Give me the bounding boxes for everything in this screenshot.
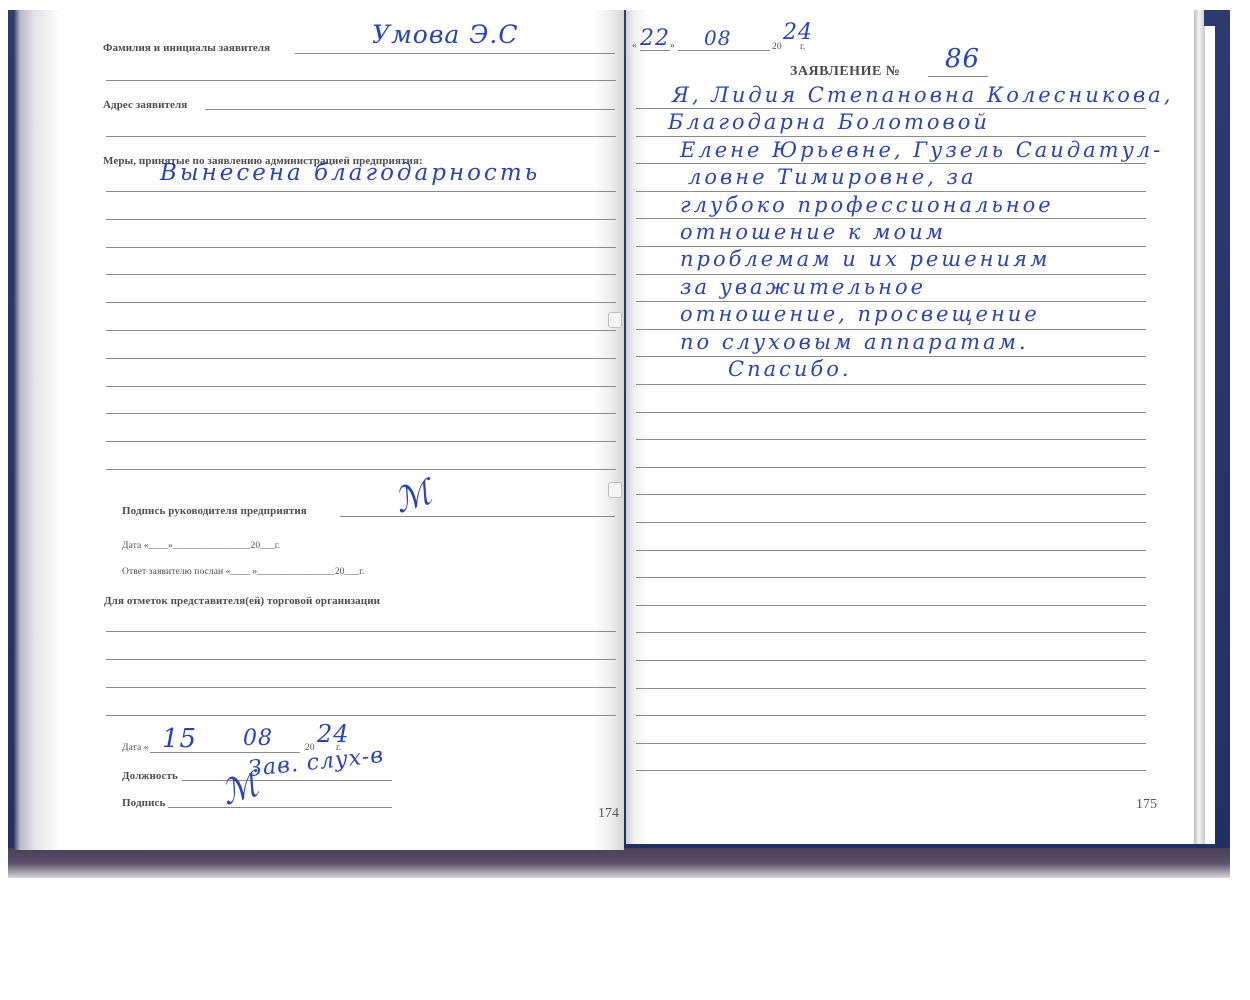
footer-date-year[interactable]: 24 [317, 720, 350, 748]
address-line-2 [106, 136, 616, 137]
statement-body-line[interactable]: Спасибо. [728, 357, 852, 381]
applicant-name-line [295, 53, 615, 54]
statement-body-line[interactable]: глубоко профессиональное [680, 193, 1054, 217]
ruled-line [636, 412, 1146, 413]
ruled-line [636, 770, 1146, 771]
ruled-line [636, 163, 1146, 164]
ruled-line [106, 413, 616, 414]
manager-signature-label: Подпись руководителя предприятия [122, 505, 307, 517]
statement-body-line[interactable]: Благодарна Болотовой [668, 110, 990, 134]
statement-number[interactable]: 86 [945, 44, 980, 74]
ruled-line [106, 191, 616, 192]
ruled-line [106, 247, 616, 248]
reply-sent-label: Ответ заявителю послан «____ »__________… [122, 567, 365, 577]
ruled-line [636, 494, 1146, 495]
header-date-month-line [678, 50, 770, 51]
ruled-line [636, 356, 1146, 357]
header-date-close-quote: » [670, 41, 675, 51]
statement-body-line[interactable]: ловне Тимировне, за [688, 165, 977, 189]
statement-body-line[interactable]: по слуховым аппаратам. [680, 330, 1029, 354]
ruled-line [106, 441, 616, 442]
ruled-line [106, 302, 616, 303]
trade-org-label: Для отметок представителя(ей) торговой о… [104, 595, 380, 607]
ruled-line [106, 659, 616, 660]
signature-line [168, 807, 392, 808]
next-page-edge [1204, 26, 1215, 844]
ruled-line [106, 687, 616, 688]
applicant-name-line-2 [106, 80, 616, 81]
ruled-line [636, 467, 1146, 468]
ruled-line [636, 743, 1146, 744]
ruled-line [636, 108, 1146, 109]
ruled-line [106, 715, 616, 716]
statement-number-line [928, 76, 988, 77]
header-date-day[interactable]: 22 [640, 26, 670, 51]
ruled-line [106, 631, 616, 632]
ruled-line [636, 218, 1146, 219]
ruled-line [106, 219, 616, 220]
page-edges [1194, 10, 1204, 844]
statement-body-line[interactable]: проблемам и их решениям [680, 247, 1050, 271]
address-line [205, 109, 615, 110]
manager-signature-line [340, 516, 615, 517]
ruled-line [636, 384, 1146, 385]
footer-date-day[interactable]: 15 [162, 724, 197, 754]
applicant-name-value[interactable]: Умова Э.С [372, 20, 518, 49]
applicant-name-label: Фамилия и инициалы заявителя [103, 42, 270, 54]
staple-bottom [608, 482, 622, 498]
ruled-line [106, 358, 616, 359]
page-number-right: 175 [1136, 797, 1157, 813]
ruled-line [636, 605, 1146, 606]
staple-top [608, 312, 622, 328]
position-label: Должность [122, 770, 178, 782]
header-date-open-quote: « [632, 41, 637, 51]
ruled-line [636, 688, 1146, 689]
position-line [182, 780, 392, 781]
statement-body-line[interactable]: за уважительное [680, 275, 926, 299]
book-cover-bottom-edge [8, 848, 1230, 878]
header-date-year-prefix: 20 [772, 42, 782, 52]
footer-date-label: Дата « [122, 743, 149, 753]
ruled-line [636, 632, 1146, 633]
signature-label: Подпись [122, 797, 165, 809]
ruled-line [636, 715, 1146, 716]
address-label: Адрес заявителя [103, 99, 187, 111]
ruled-line [636, 439, 1146, 440]
ruled-line [636, 522, 1146, 523]
statement-body-line[interactable]: отношение к моим [680, 220, 946, 244]
ruled-line [106, 386, 616, 387]
statement-body-line[interactable]: отношение, просвещение [680, 302, 1040, 326]
statement-title: ЗАЯВЛЕНИЕ № [790, 64, 900, 80]
ruled-line [106, 469, 616, 470]
header-date-suffix: г. [800, 42, 805, 52]
footer-date-month[interactable]: 08 [243, 726, 273, 751]
ruled-line [636, 660, 1146, 661]
header-date-month[interactable]: 08 [704, 26, 731, 50]
statement-body-line[interactable]: Я, Лидия Степановна Колесникова, [672, 83, 1173, 107]
page-number-left: 174 [598, 806, 619, 822]
statement-body-line[interactable]: Елене Юрьевне, Гузель Саидатул- [680, 138, 1163, 162]
ruled-line [636, 577, 1146, 578]
ruled-line [636, 550, 1146, 551]
measures-value[interactable]: Вынесена благодарность [160, 160, 540, 186]
header-date-year[interactable]: 24 [783, 20, 813, 45]
ruled-line [106, 330, 616, 331]
date-label: Дата «____»________________20___г. [122, 541, 280, 551]
ruled-line [106, 274, 616, 275]
